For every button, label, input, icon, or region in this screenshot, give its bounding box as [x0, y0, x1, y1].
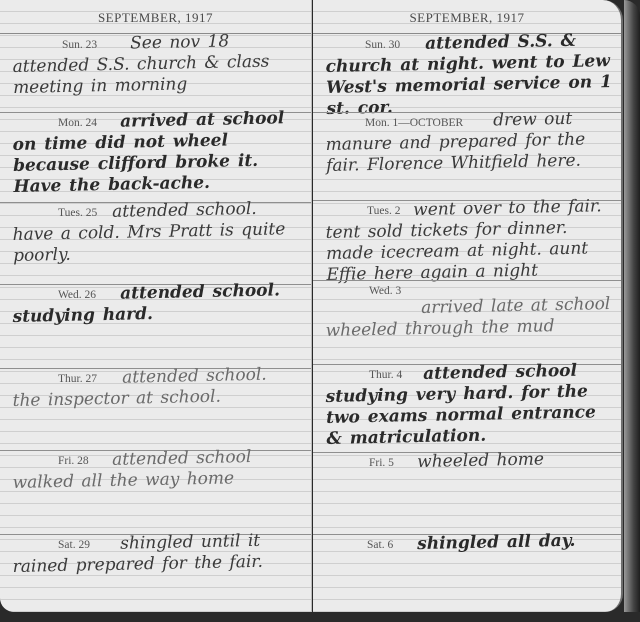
entry-text: attended school. have a cold. Mrs Pratt … [12, 198, 302, 267]
diary-entry: Tues. 25 attended school. have a cold. M… [0, 202, 311, 284]
diary-entry: Sun. 30 attended S.S. & church at night.… [313, 34, 621, 112]
month-header: SEPTEMBER, 1917 [0, 10, 311, 26]
diary-entry: Tues. 2 went over to the fair. tent sold… [313, 200, 621, 280]
diary-entry: Fri. 28 attended school walked all the w… [0, 450, 311, 534]
diary-entry: Thur. 4 attended school studying very ha… [313, 364, 621, 448]
diary-entry: Fri. 5 wheeled home [313, 452, 621, 534]
entry-text: attended school. the inspector at school… [12, 364, 302, 412]
day-label: Wed. 3 [369, 285, 401, 297]
month-header: SEPTEMBER, 1917 [313, 10, 621, 26]
entry-divider [313, 280, 621, 281]
diary-entry: Wed. 26 attended school. studying hard. [0, 284, 311, 368]
diary-entry: Sat. 29 shingled until it rained prepare… [0, 534, 311, 612]
book-bottom-edge [0, 612, 640, 622]
right-page: SEPTEMBER, 1917 Sun. 30 attended S.S. & … [313, 0, 623, 612]
entry-text: drew out manure and prepared for the fai… [325, 108, 612, 177]
entry-text: attended school studying very hard. for … [325, 360, 613, 450]
entry-text: shingled until it rained prepared for th… [12, 530, 302, 578]
diary-entry: Thur. 27 attended school. the inspector … [0, 368, 311, 450]
diary-entry: Wed. 3 arrived late at school wheeled th… [313, 280, 621, 364]
entry-text: attended school walked all the way home [12, 446, 302, 494]
diary-entry: Mon. 24 arrived at school on time did no… [0, 112, 311, 202]
entry-text: arrived at school on time did not wheel … [12, 108, 303, 198]
entry-text: attended S.S. & church at night. went to… [325, 30, 613, 120]
entry-text: went over to the fair. tent sold tickets… [325, 196, 613, 286]
entry-text: See nov 18 attended S.S. church & class … [12, 30, 302, 99]
book-cover-edge [624, 0, 640, 622]
diary-entry: Mon. 1—OCTOBER drew out manure and prepa… [313, 112, 621, 200]
left-page: SEPTEMBER, 1917 Sun. 23 See nov 18 atten… [0, 0, 312, 612]
diary-spread: SEPTEMBER, 1917 Sun. 23 See nov 18 atten… [0, 0, 640, 622]
entry-text: arrived late at school wheeled through t… [325, 294, 612, 342]
entry-text: attended school. studying hard. [12, 280, 302, 328]
diary-entry: Sun. 23 See nov 18 attended S.S. church … [0, 34, 311, 112]
diary-entry: Sat. 6 shingled all day. [313, 534, 621, 612]
